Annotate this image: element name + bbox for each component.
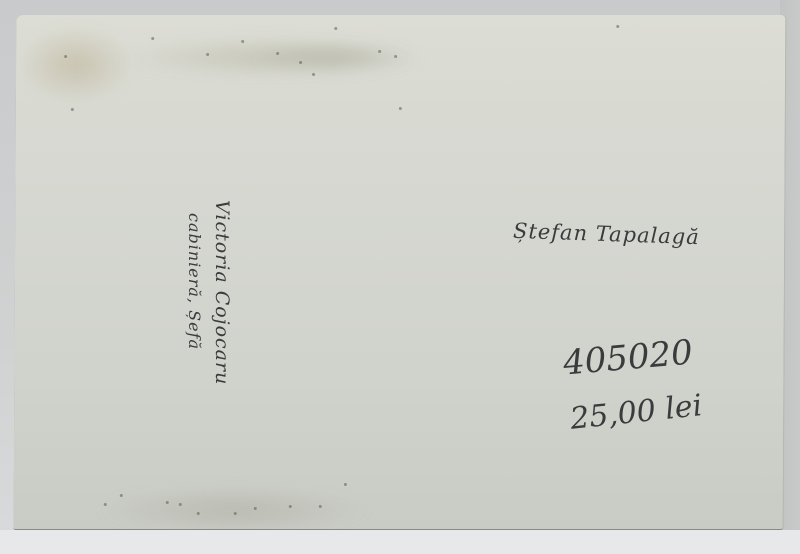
- speck: [64, 55, 67, 58]
- speck: [179, 503, 182, 506]
- speck: [104, 503, 107, 506]
- speck: [234, 512, 237, 515]
- speck: [394, 55, 397, 58]
- table-surface-bottom: [0, 530, 800, 554]
- speck: [312, 73, 315, 76]
- speck: [71, 108, 74, 111]
- handwritten-name-victoria: Victoria Cojocaru: [211, 200, 233, 385]
- stain-bottom-band: [94, 485, 374, 529]
- speck: [299, 61, 302, 64]
- speck: [616, 25, 619, 28]
- speck: [254, 507, 257, 510]
- speck: [120, 494, 123, 497]
- stain-top-left: [16, 25, 136, 105]
- speck: [166, 501, 169, 504]
- speck: [289, 505, 292, 508]
- speck: [319, 505, 322, 508]
- speck: [378, 50, 381, 53]
- speck: [151, 37, 154, 40]
- speck: [276, 52, 279, 55]
- speck: [197, 512, 200, 515]
- stain-top-band-2: [246, 40, 426, 75]
- speck: [334, 27, 337, 30]
- speck: [206, 53, 209, 56]
- speck: [399, 107, 402, 110]
- speck: [344, 483, 347, 486]
- handwritten-role: cabinieră, Șefă: [185, 213, 204, 350]
- speck: [241, 40, 244, 43]
- photo-card-back: [14, 15, 786, 529]
